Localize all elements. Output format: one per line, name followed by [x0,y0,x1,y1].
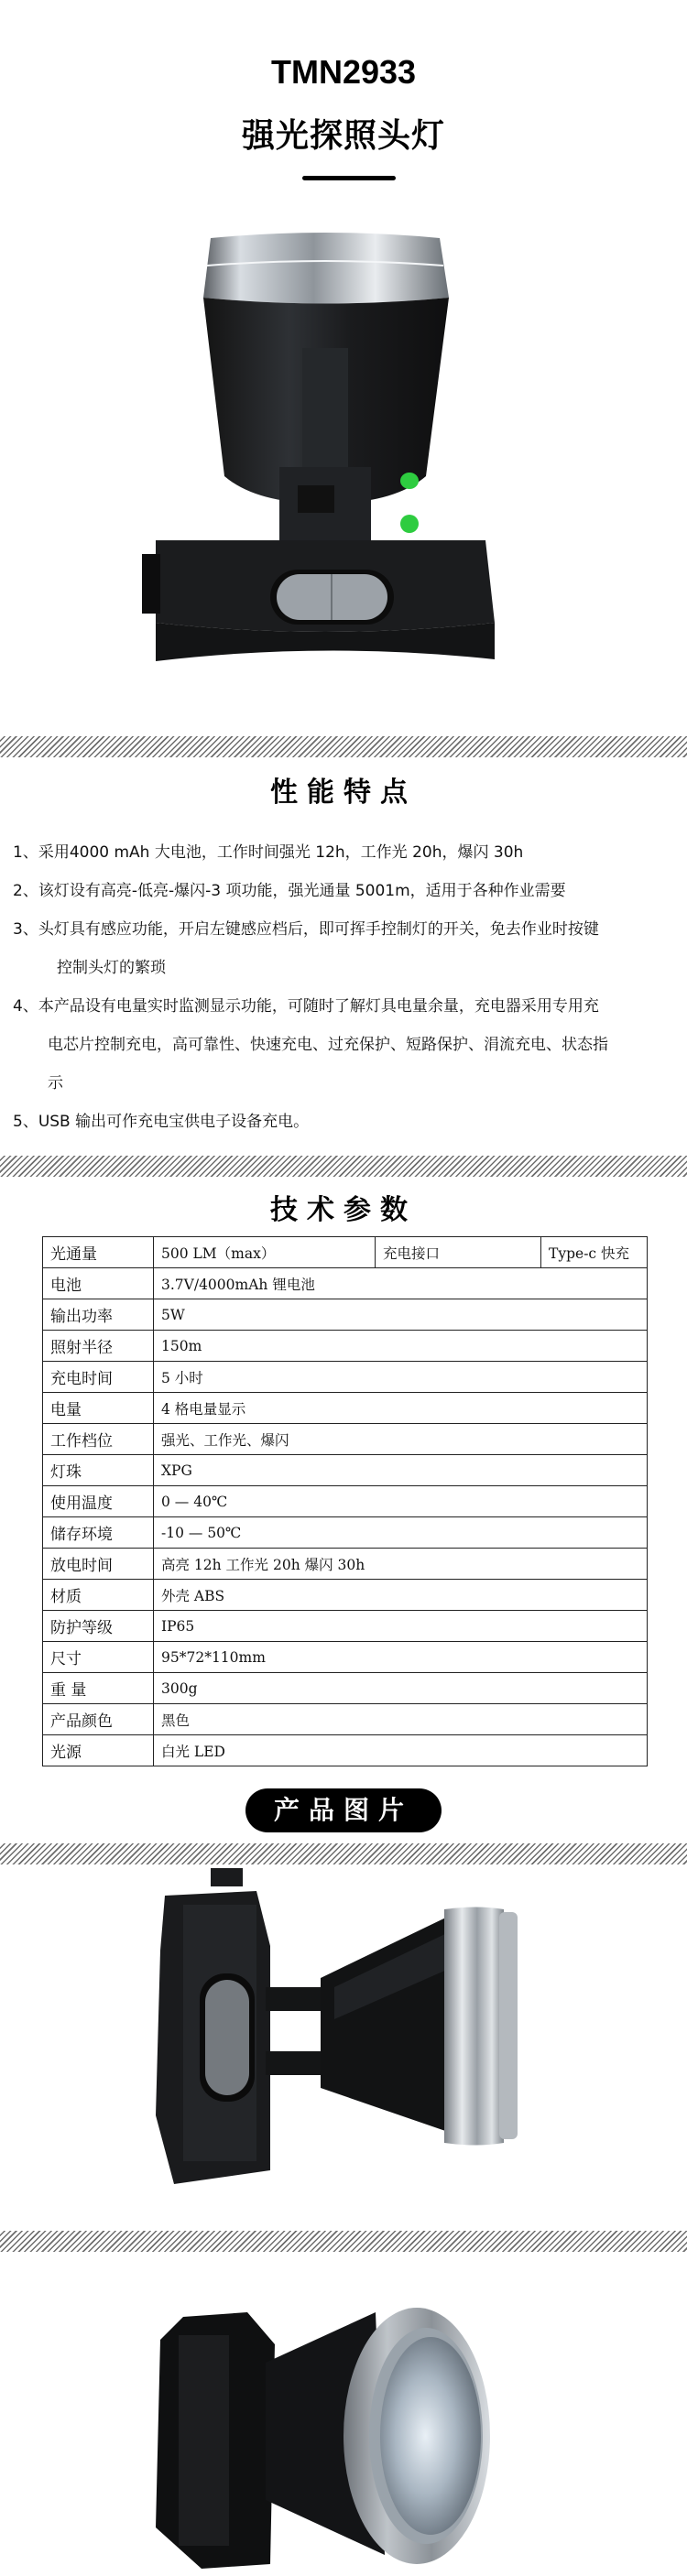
feature-prefix: 3、 [13,920,38,939]
table-row: 充电时间5 小时 [43,1362,648,1393]
decorative-stripe-divider [0,736,687,757]
spec-value: Type-c 快充 [541,1237,648,1268]
spec-value: 强光、工作光、爆闪 [154,1424,648,1455]
spec-label: 电量 [43,1393,154,1424]
feature-prefix: 5、 [13,1113,38,1131]
spec-label: 材质 [43,1580,154,1611]
spec-value: IP65 [154,1611,648,1642]
feature-continuation: 控制头灯的繁琐 [13,949,682,987]
spec-value: 5 小时 [154,1362,648,1393]
product-photo-side [137,1868,595,2207]
spec-value: 高亮 12h 工作光 20h 爆闪 30h [154,1549,648,1580]
spec-value: -10 — 50℃ [154,1517,648,1549]
spec-label: 尺寸 [43,1642,154,1673]
spec-value: 150m [154,1331,648,1362]
features-list: 1、采用4000 mAh 大电池，工作时间强光 12h，工作光 20h，爆闪 3… [13,833,682,1141]
table-row: 输出功率5W [43,1299,648,1331]
product-name-title: 强光探照头灯 [0,110,687,157]
spec-value: XPG [154,1455,648,1486]
title-underline-divider [302,176,396,180]
specs-table: 光通量 500 LM（max） 充电接口 Type-c 快充 电池3.7V/40… [42,1236,648,1766]
spec-value: 95*72*110mm [154,1642,648,1673]
feature-prefix: 4、 [13,997,38,1016]
feature-prefix: 2、 [13,882,38,900]
spec-label: 电池 [43,1268,154,1299]
table-row: 防护等级IP65 [43,1611,648,1642]
product-photo-front [119,211,531,687]
product-photo-angled [147,2289,540,2576]
spec-value: 黑色 [154,1704,648,1735]
spec-label: 充电接口 [376,1237,541,1268]
headlamp-front-illustration [119,211,531,687]
specs-section-title: 技术参数 [0,1187,687,1227]
feature-text: 头灯具有感应功能，开启左键感应档后，即可挥手控制灯的开关，免去作业时按键 [38,920,599,939]
table-row: 产品颜色黑色 [43,1704,648,1735]
features-section-title: 性能特点 [0,769,687,810]
spec-value: 白光 LED [154,1735,648,1766]
feature-item-5: 5、USB 输出可作充电宝供电子设备充电。 [13,1103,682,1141]
feature-text: 本产品设有电量实时监测显示功能，可随时了解灯具电量余量，充电器采用专用充 [38,997,599,1016]
decorative-stripe-divider [0,2231,687,2252]
spec-label: 灯珠 [43,1455,154,1486]
table-row: 储存环境-10 — 50℃ [43,1517,648,1549]
feature-text: 该灯设有高亮-低亮-爆闪-3 项功能，强光通量 5001m，适用于各种作业需要 [38,882,566,900]
table-row: 灯珠XPG [43,1455,648,1486]
decorative-stripe-divider [0,1843,687,1864]
feature-item-3: 3、头灯具有感应功能，开启左键感应档后，即可挥手控制灯的开关，免去作业时按键 控… [13,910,682,987]
table-row: 工作档位强光、工作光、爆闪 [43,1424,648,1455]
table-row: 材质外壳 ABS [43,1580,648,1611]
feature-text: USB 输出可作充电宝供电子设备充电。 [38,1113,309,1131]
table-row: 光源白光 LED [43,1735,648,1766]
feature-item-4: 4、本产品设有电量实时监测显示功能，可随时了解灯具电量余量，充电器采用专用充 电… [13,987,682,1103]
feature-text: 采用4000 mAh 大电池，工作时间强光 12h，工作光 20h，爆闪 30h [38,843,523,862]
feature-continuation: 电芯片控制充电，高可靠性、快速充电、过充保护、短路保护、涓流充电、状态指 [13,1026,682,1064]
table-row: 电池3.7V/4000mAh 锂电池 [43,1268,648,1299]
spec-label: 输出功率 [43,1299,154,1331]
feature-continuation: 示 [13,1064,682,1103]
spec-value: 300g [154,1673,648,1704]
table-row: 光通量 500 LM（max） 充电接口 Type-c 快充 [43,1237,648,1268]
table-row: 照射半径150m [43,1331,648,1362]
headlamp-side-illustration [137,1868,595,2207]
spec-value: 外壳 ABS [154,1580,648,1611]
spec-label: 光通量 [43,1237,154,1268]
headlamp-angled-illustration [147,2289,540,2576]
feature-prefix: 1、 [13,843,38,862]
spec-label: 产品颜色 [43,1704,154,1735]
spec-label: 照射半径 [43,1331,154,1362]
spec-value: 3.7V/4000mAh 锂电池 [154,1268,648,1299]
product-model-title: TMN2933 [0,53,687,92]
spec-label: 光源 [43,1735,154,1766]
spec-value: 5W [154,1299,648,1331]
spec-label: 充电时间 [43,1362,154,1393]
feature-item-2: 2、该灯设有高亮-低亮-爆闪-3 项功能，强光通量 5001m，适用于各种作业需… [13,872,682,910]
spec-label: 放电时间 [43,1549,154,1580]
spec-label: 重 量 [43,1673,154,1704]
table-row: 尺寸95*72*110mm [43,1642,648,1673]
spec-label: 工作档位 [43,1424,154,1455]
table-row: 使用温度0 — 40℃ [43,1486,648,1517]
product-photos-badge: 产品图片 [245,1788,442,1832]
spec-label: 防护等级 [43,1611,154,1642]
spec-value: 4 格电量显示 [154,1393,648,1424]
decorative-stripe-divider [0,1156,687,1177]
table-row: 电量4 格电量显示 [43,1393,648,1424]
spec-label: 储存环境 [43,1517,154,1549]
table-row: 重 量300g [43,1673,648,1704]
table-row: 放电时间高亮 12h 工作光 20h 爆闪 30h [43,1549,648,1580]
feature-item-1: 1、采用4000 mAh 大电池，工作时间强光 12h，工作光 20h，爆闪 3… [13,833,682,872]
spec-value: 500 LM（max） [154,1237,376,1268]
spec-value: 0 — 40℃ [154,1486,648,1517]
spec-label: 使用温度 [43,1486,154,1517]
